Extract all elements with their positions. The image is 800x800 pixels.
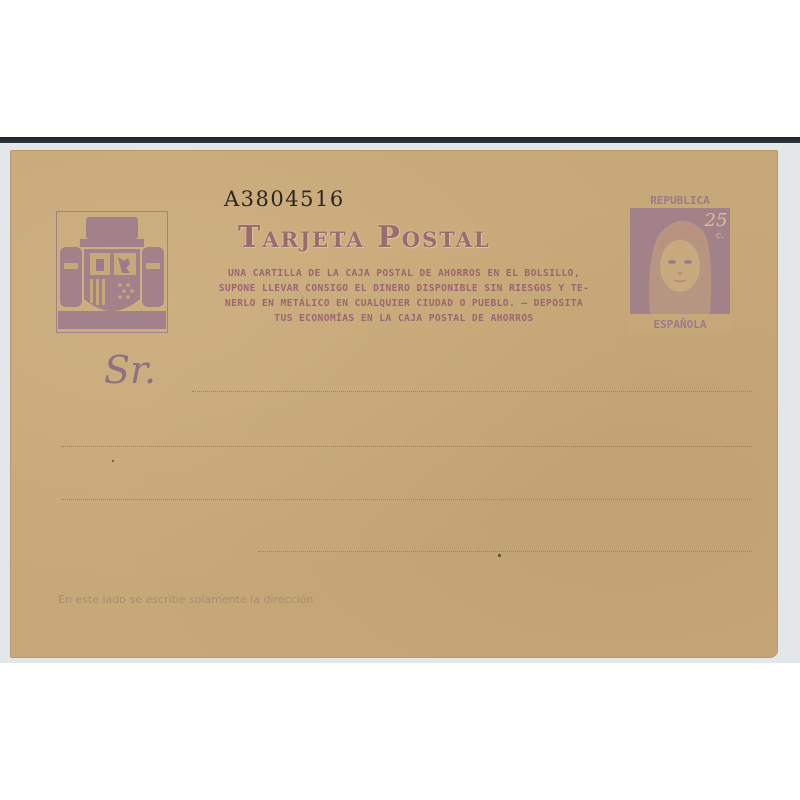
stamp-top-text: REPUBLICA: [650, 194, 710, 207]
serial-number: A3804516: [224, 187, 345, 211]
address-line-1[interactable]: [192, 391, 752, 392]
paper-speck: [498, 554, 501, 557]
address-line-3[interactable]: [62, 499, 752, 500]
postcard: A3804516 Tarjeta Postal UNA CARTILLA DE …: [10, 150, 778, 658]
address-side-note: En este lado se escribe solamente la dir…: [58, 593, 313, 606]
notice-line: TUS ECONOMÍAS EN LA CAJA POSTAL DE AHORR…: [194, 311, 614, 326]
salutation-script: Sr.: [104, 348, 156, 392]
savings-bank-notice: UNA CARTILLA DE LA CAJA POSTAL DE AHORRO…: [194, 266, 614, 326]
notice-line: NERLO EN METÁLICO EN CUALQUIER CIUDAD O …: [194, 296, 614, 311]
stamp-value: 25: [704, 210, 728, 231]
address-line-2[interactable]: [62, 446, 752, 447]
postage-stamp: REPUBLICA 25 c. ESPAÑOLA: [628, 192, 732, 332]
coat-of-arms-icon: [56, 211, 168, 333]
notice-line: UNA CARTILLA DE LA CAJA POSTAL DE AHORRO…: [194, 266, 614, 281]
postcard-title: Tarjeta Postal: [238, 220, 491, 255]
paper-speck: [112, 460, 114, 462]
address-line-4[interactable]: [258, 551, 752, 552]
stamp-bottom-text: ESPAÑOLA: [654, 318, 707, 331]
notice-line: SUPONE LLEVAR CONSIGO EL DINERO DISPONIB…: [194, 281, 614, 296]
stamp-unit: c.: [716, 231, 724, 241]
